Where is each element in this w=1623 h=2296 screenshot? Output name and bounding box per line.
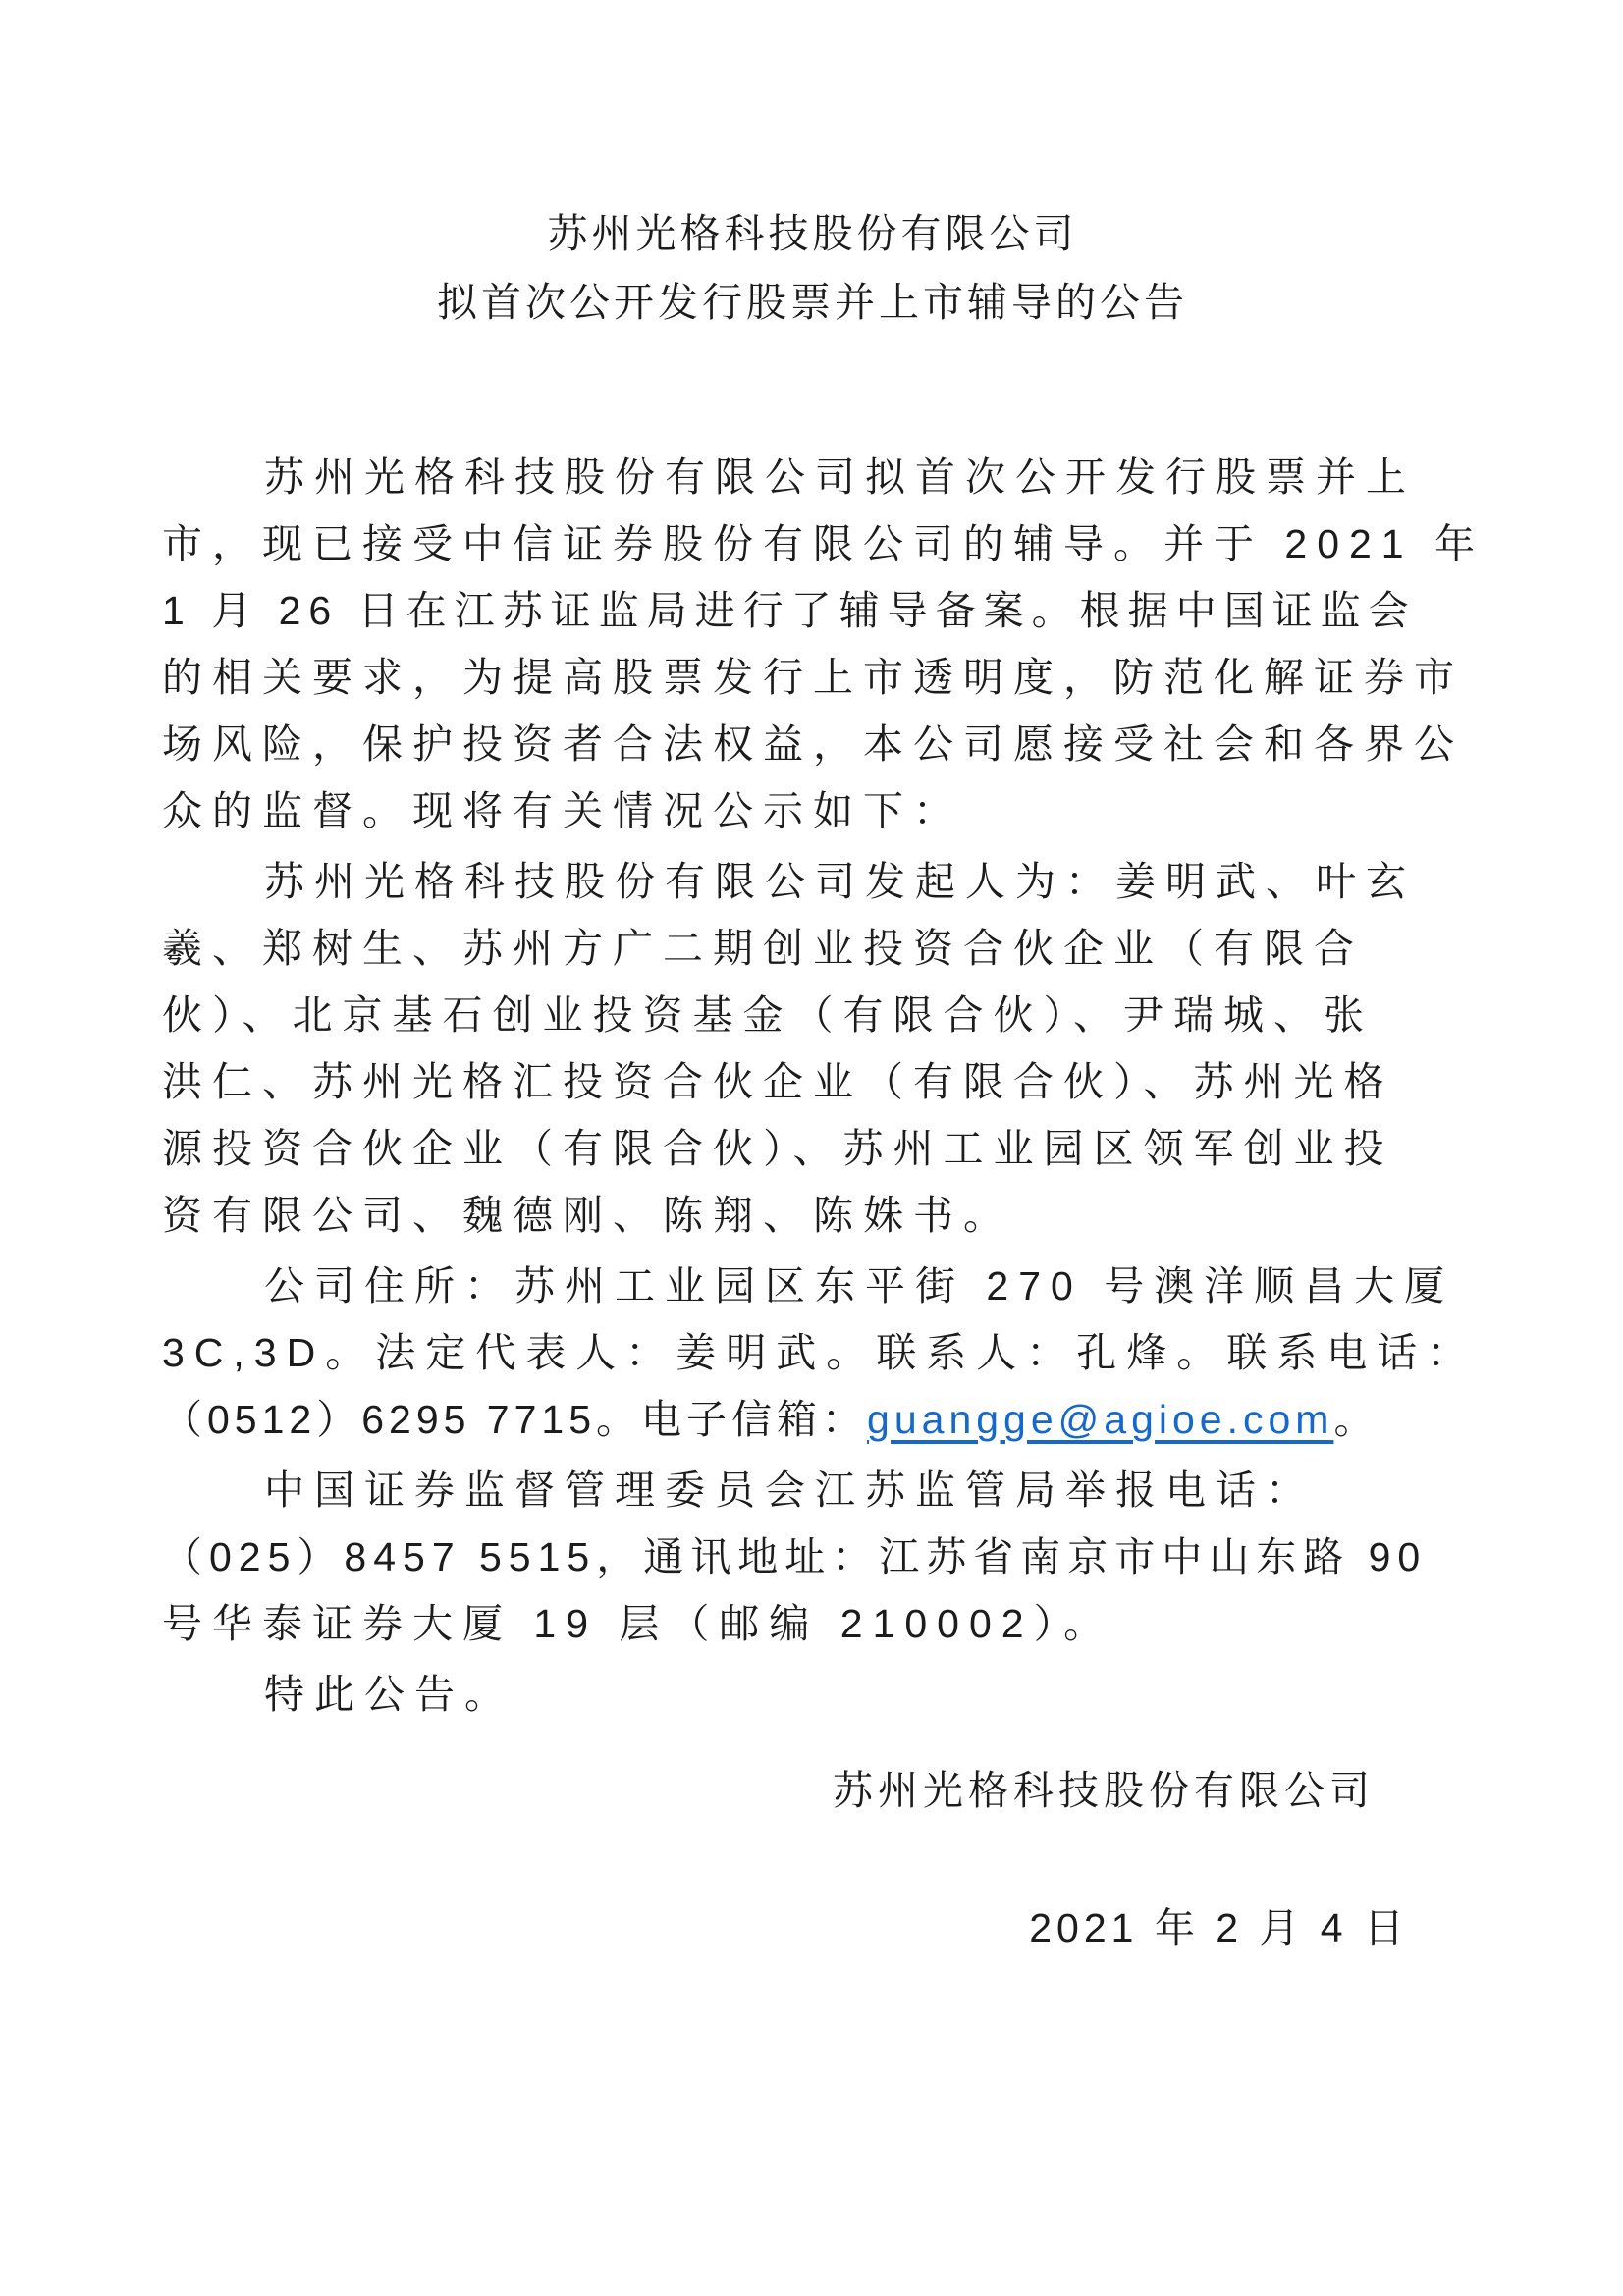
body-line: 伙）、北京基石创业投资基金（有限合伙）、尹瑞城、张 [162, 982, 1463, 1048]
paragraph-contact: 公司住所：苏州工业园区东平街 270 号澳洋顺昌大厦 3C,3D。法定代表人：姜… [162, 1253, 1463, 1453]
body-line: 苏州光格科技股份有限公司拟首次公开发行股票并上 [162, 444, 1463, 510]
body-line: 3C,3D。法定代表人：姜明武。联系人：孔烽。联系电话： [162, 1319, 1463, 1386]
body-line: 洪仁、苏州光格汇投资合伙企业（有限合伙）、苏州光格 [162, 1048, 1463, 1115]
document-title-line2: 拟首次公开发行股票并上市辅导的公告 [162, 268, 1463, 337]
email-line-suffix: 。 [1333, 1397, 1379, 1442]
body-line: 资有限公司、魏德刚、陈翔、陈姝书。 [162, 1182, 1463, 1249]
body-line-email: （0512）6295 7715。电子信箱：guangge@agioe.com。 [162, 1386, 1463, 1453]
signature-company-name: 苏州光格科技股份有限公司 [162, 1757, 1463, 1824]
body-line: 源投资合伙企业（有限合伙）、苏州工业园区领军创业投 [162, 1115, 1463, 1182]
announcement-date: 2021 年 2 月 4 日 [162, 1895, 1463, 1961]
closing-statement: 特此公告。 [162, 1661, 1463, 1728]
body-line: 号华泰证券大厦 19 层（邮编 210002）。 [162, 1590, 1463, 1657]
body-line: 众的监督。现将有关情况公示如下： [162, 777, 1463, 844]
body-line: 1 月 26 日在江苏证监局进行了辅导备案。根据中国证监会 [162, 577, 1463, 644]
body-line: （025）8457 5515，通讯地址：江苏省南京市中山东路 90 [162, 1523, 1463, 1590]
body-line: 市，现已接受中信证券股份有限公司的辅导。并于 2021 年 [162, 510, 1463, 577]
paragraph-founders: 苏州光格科技股份有限公司发起人为：姜明武、叶玄 羲、郑树生、苏州方广二期创业投资… [162, 848, 1463, 1249]
body-line: 公司住所：苏州工业园区东平街 270 号澳洋顺昌大厦 [162, 1253, 1463, 1319]
announcement-page: 苏州光格科技股份有限公司 拟首次公开发行股票并上市辅导的公告 苏州光格科技股份有… [0, 0, 1623, 2296]
body-line: 的相关要求，为提高股票发行上市透明度，防范化解证券市 [162, 644, 1463, 711]
body-line: 场风险，保护投资者合法权益，本公司愿接受社会和各界公 [162, 711, 1463, 777]
body-line: 苏州光格科技股份有限公司发起人为：姜明武、叶玄 [162, 848, 1463, 915]
email-line-prefix: （0512）6295 7715。电子信箱： [162, 1397, 867, 1442]
paragraph-intro: 苏州光格科技股份有限公司拟首次公开发行股票并上 市，现已接受中信证券股份有限公司… [162, 444, 1463, 844]
body-line: 羲、郑树生、苏州方广二期创业投资合伙企业（有限合 [162, 915, 1463, 982]
paragraph-regulator: 中国证券监督管理委员会江苏监管局举报电话： （025）8457 5515，通讯地… [162, 1457, 1463, 1657]
body-line: 中国证券监督管理委员会江苏监管局举报电话： [162, 1457, 1463, 1523]
document-body: 苏州光格科技股份有限公司拟首次公开发行股票并上 市，现已接受中信证券股份有限公司… [162, 444, 1463, 1961]
email-link[interactable]: guangge@agioe.com [867, 1397, 1333, 1442]
document-title-line1: 苏州光格科技股份有限公司 [162, 199, 1463, 268]
